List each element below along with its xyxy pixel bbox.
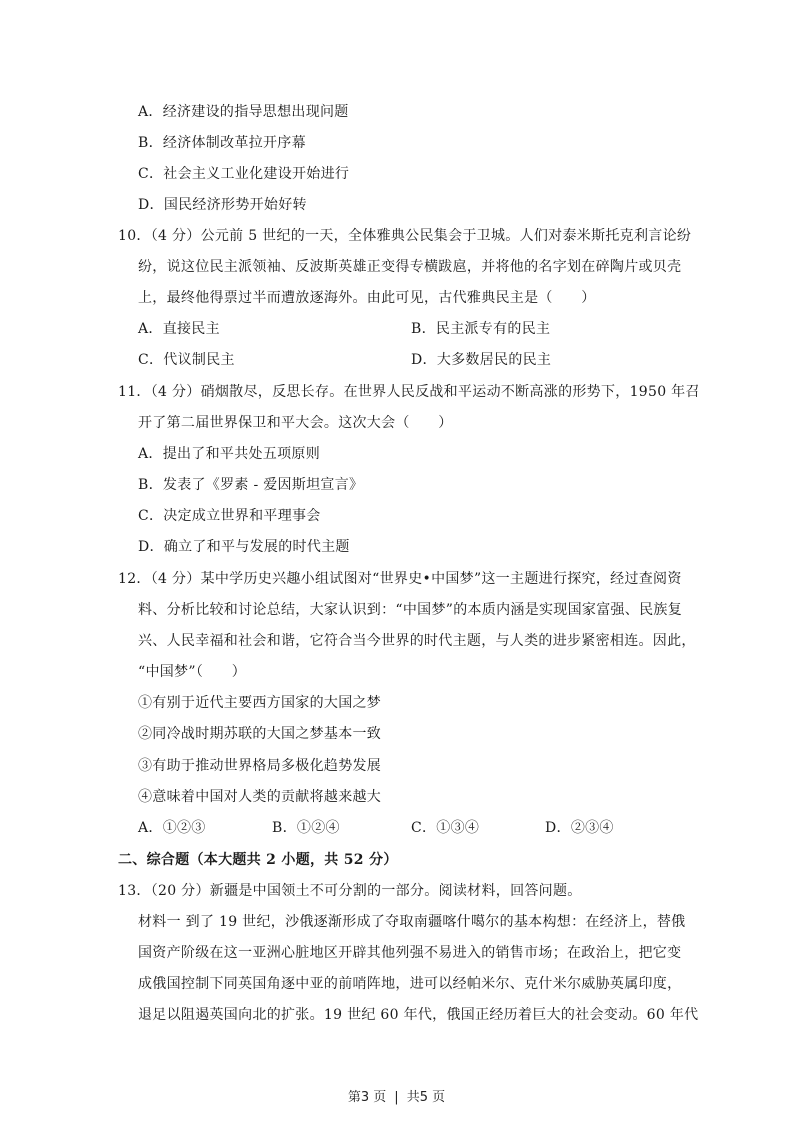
q12-stem-line-1: 12．（4 分）某中学历史兴趣小组试图对“世界史•中国梦”这一主题进行探究，经过… (118, 570, 682, 588)
q11-option-a: A．提出了和平共处五项原则 (138, 445, 320, 463)
q9-option-d: D．国民经济形势开始好转 (138, 196, 307, 214)
q12-statement-3: ③有助于推动世界格局多极化趋势发展 (138, 757, 381, 775)
q12-stem-line-4: “中国梦”（ ） (138, 663, 246, 681)
q12-option-b: B．①②④ (272, 819, 340, 837)
q13-material-line-1: 材料一 到了 19 世纪，沙俄逐渐形成了夺取南疆喀什噶尔的基本构想：在经济上，替… (138, 913, 685, 931)
q9-option-c: C．社会主义工业化建设开始进行 (138, 165, 349, 183)
q13-material-line-2: 国资产阶级在这一亚洲心脏地区开辟其他列强不易进入的销售市场；在政治上，把它变 (138, 944, 681, 962)
q10-option-d: D．大多数居民的民主 (411, 351, 551, 369)
section-heading: 二、综合题（本大题共 2 小题，共 52 分） (118, 851, 398, 869)
q10-option-b: B．民主派专有的民主 (411, 320, 550, 338)
q12-statement-1: ①有别于近代主要西方国家的大国之梦 (138, 694, 381, 712)
q13-stem-line-1: 13．（20 分）新疆是中国领土不可分割的一部分。阅读材料，回答问题。 (118, 882, 582, 900)
q10-option-a: A．直接民主 (138, 320, 220, 338)
q12-stem-line-2: 料、分析比较和讨论总结，大家认识到：“中国梦”的本质内涵是实现国家富强、民族复 (138, 601, 682, 619)
q10-stem-line-1: 10．（4 分）公元前 5 世纪的一天，全体雅典公民集会于卫城。人们对泰米斯托克… (118, 227, 691, 245)
q12-option-d: D．②③④ (545, 819, 614, 837)
page-total: 共5 页 (407, 1090, 445, 1105)
q12-option-c: C．①③④ (411, 819, 479, 837)
q10-option-c: C．代议制民主 (138, 351, 235, 369)
q12-statement-2: ②同冷战时期苏联的大国之梦基本一致 (138, 725, 381, 743)
q13-material-line-3: 成俄国控制下同英国角逐中亚的前哨阵地，进可以经帕米尔、克什米尔威胁英属印度， (138, 975, 681, 993)
footer-separator: | (394, 1090, 398, 1105)
q9-option-b: B．经济体制改革拉开序幕 (138, 134, 306, 152)
q10-stem-line-2: 纷，说这位民主派领袖、反波斯英雄正变得专横跋扈，并将他的名字划在碎陶片或贝壳 (138, 258, 681, 276)
q11-stem-line-1: 11．（4 分）硝烟散尽，反思长存。在世界人民反战和平运动不断高涨的形势下，19… (118, 383, 700, 401)
q9-option-a: A．经济建设的指导思想出现问题 (138, 103, 349, 121)
q11-stem-line-2: 开了第二届世界保卫和平大会。这次大会（ ） (138, 414, 453, 432)
page-number: 第3 页 (348, 1090, 386, 1105)
q11-option-d: D．确立了和平与发展的时代主题 (138, 538, 350, 556)
q13-material-line-4: 退足以阻遏英国向北的扩张。19 世纪 60 年代，俄国正经历着巨大的社会变动。6… (138, 1006, 698, 1024)
q10-stem-line-3: 上，最终他得票过半而遭放逐海外。由此可见，古代雅典民主是（ ） (138, 289, 596, 307)
q12-stem-line-3: 兴、人民幸福和社会和谐，它符合当今世界的时代主题，与人类的进步紧密相连。因此， (138, 632, 696, 650)
q12-option-a: A．①②③ (138, 819, 206, 837)
q11-option-c: C．决定成立世界和平理事会 (138, 507, 321, 525)
q12-statement-4: ④意味着中国对人类的贡献将越来越大 (138, 788, 381, 806)
page-footer: 第3 页|共5 页 (0, 1086, 793, 1105)
q11-option-b: B．发表了《罗素 - 爱因斯坦宣言》 (138, 476, 363, 494)
